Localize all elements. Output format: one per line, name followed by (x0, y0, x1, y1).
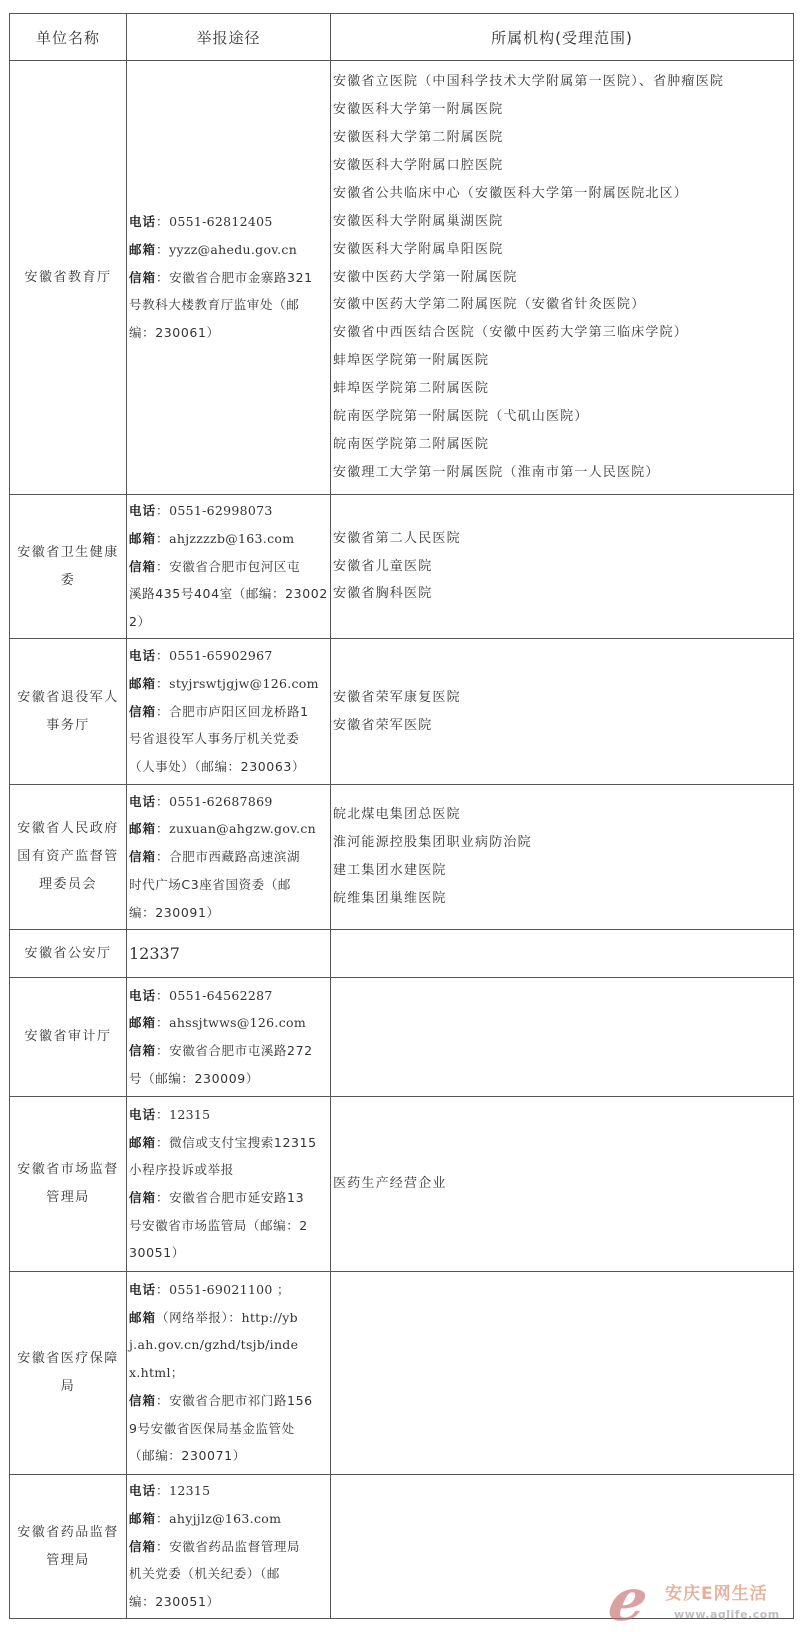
channel-contact-value: ahjzzzzb@163.com (169, 531, 294, 546)
channel-line: 溪路435号404室（邮编：23002 (129, 580, 328, 608)
channel-label: 邮箱 (129, 1511, 156, 1526)
channel-separator: ： (156, 794, 169, 809)
channel-value: 号教科大楼教育厅监审处（邮 (129, 297, 299, 312)
channel-label: 信箱 (129, 1043, 156, 1058)
unit-name-cell: 安徽省审计厅 (10, 978, 127, 1097)
affiliated-institutions-cell: 安徽省荣军康复医院安徽省荣军医院 (331, 639, 794, 785)
channel-line: 电话：0551-69021100 ； (129, 1276, 328, 1304)
report-channel-cell: 电话：0551-65902967邮箱：styjrswtjgjw@126.com信… (127, 639, 331, 785)
channel-contact-value: zuxuan@ahgzw.gov.cn (169, 821, 316, 836)
channel-value: 微信或支付宝搜索12315 (169, 1135, 317, 1150)
channel-value: 0551-64562287 (169, 988, 273, 1003)
channel-value: 0551-69021100 ； (169, 1282, 290, 1297)
channel-value: 时代广场C3座省国资委（邮 (129, 877, 291, 892)
channel-line: 电话：0551-64562287 (129, 982, 328, 1010)
report-channel-cell: 电话：12315邮箱：微信或支付宝搜索12315小程序投诉或举报信箱：安徽省合肥… (127, 1097, 331, 1272)
channel-line: 电话：0551-62687869 (129, 788, 328, 816)
channel-label: 邮箱 (129, 1310, 156, 1325)
channel-label: 邮箱 (129, 676, 156, 691)
watermark-brand: 安庆E网生活 (665, 1579, 768, 1604)
table-header-row: 单位名称 举报途径 所属机构(受理范围) (10, 14, 794, 61)
channel-label: 邮箱 (129, 531, 156, 546)
channel-contact-value: yyzz@ahedu.gov.cn (169, 242, 297, 257)
channel-label: 电话 (129, 794, 156, 809)
channel-line: 信箱：安徽省合肥市屯溪路272 (129, 1037, 328, 1065)
table-row: 安徽省卫生健康委电话：0551-62998073邮箱：ahjzzzzb@163.… (10, 495, 794, 639)
channel-value: 机关党委（机关纪委）（邮 (129, 1566, 280, 1581)
channel-line: 邮箱（网络举报）：http://yb (129, 1304, 328, 1332)
header-affiliated-institutions: 所属机构(受理范围) (331, 14, 794, 61)
channel-separator: ： (156, 1043, 169, 1058)
channel-label: 电话 (129, 214, 156, 229)
channel-label: 信箱 (129, 1539, 156, 1554)
channel-line: 电话：0551-62812405 (129, 208, 328, 236)
institution-item: 安徽中医药大学第二附属医院（安徽省针灸医院） (333, 291, 791, 319)
channel-label: 信箱 (129, 1393, 156, 1408)
channel-separator: ： (156, 214, 169, 229)
channel-label: 邮箱 (129, 242, 156, 257)
channel-value: 2） (129, 614, 151, 629)
channel-line: 邮箱：ahyjjlz@163.com (129, 1505, 328, 1533)
channel-separator: ： (156, 648, 169, 663)
institution-item: 医药生产经营企业 (333, 1170, 791, 1198)
report-channel-cell: 电话：0551-64562287邮箱：ahssjtwws@126.com信箱：安… (127, 978, 331, 1097)
channel-separator: ： (156, 1539, 169, 1554)
affiliated-institutions-cell: 医药生产经营企业 (331, 1097, 794, 1272)
channel-line: 信箱：安徽省合肥市祁门路156 (129, 1387, 328, 1415)
affiliated-institutions-cell (331, 930, 794, 978)
channel-line: 邮箱：styjrswtjgjw@126.com (129, 670, 328, 698)
report-channel-cell: 电话：0551-69021100 ；邮箱（网络举报）：http://ybj.ah… (127, 1272, 331, 1475)
channel-line: 信箱：安徽省合肥市延安路13 (129, 1184, 328, 1212)
channel-value: 小程序投诉或举报 (129, 1162, 234, 1177)
institution-item: 安徽省荣军医院 (333, 712, 791, 740)
channel-line: 号安徽省市场监管局（邮编：2 (129, 1212, 328, 1240)
channel-line: 编：230091） (129, 899, 328, 927)
table-row: 安徽省审计厅电话：0551-64562287邮箱：ahssjtwws@126.c… (10, 978, 794, 1097)
channel-line: 号教科大楼教育厅监审处（邮 (129, 291, 328, 319)
table-row: 安徽省教育厅电话：0551-62812405邮箱：yyzz@ahedu.gov.… (10, 61, 794, 495)
table-row: 安徽省医疗保障局电话：0551-69021100 ；邮箱（网络举报）：http:… (10, 1272, 794, 1475)
header-report-channel: 举报途径 (127, 14, 331, 61)
institution-item: 安徽中医药大学第一附属医院 (333, 264, 791, 292)
institution-item: 蚌埠医学院第二附属医院 (333, 375, 791, 403)
channel-line: x.html； (129, 1359, 328, 1387)
channel-line: 电话：12315 (129, 1101, 328, 1129)
channel-separator: ： (156, 849, 169, 864)
table-row: 安徽省市场监督管理局电话：12315邮箱：微信或支付宝搜索12315小程序投诉或… (10, 1097, 794, 1272)
channel-line: 邮箱：ahjzzzzb@163.com (129, 525, 328, 553)
institution-item: 安徽医科大学第一附属医院 (333, 96, 791, 124)
unit-name-cell: 安徽省人民政府国有资产监督管理委员会 (10, 785, 127, 930)
channel-line: 2） (129, 608, 328, 636)
report-channel-cell: 电话：0551-62687869邮箱：zuxuan@ahgzw.gov.cn信箱… (127, 785, 331, 930)
institution-item: 建工集团水建医院 (333, 857, 791, 885)
channel-label: 信箱 (129, 704, 156, 719)
channel-line: 小程序投诉或举报 (129, 1156, 328, 1184)
institution-item: 安徽理工大学第一附属医院（淮南市第一人民医院） (333, 459, 791, 487)
channel-value: 安徽省合肥市祁门路156 (169, 1393, 313, 1408)
channel-value: 安徽省合肥市屯溪路272 (169, 1043, 313, 1058)
channel-value: 12315 (169, 1107, 210, 1122)
channel-line: （邮编：230071） (129, 1442, 328, 1470)
institution-item: 皖北煤电集团总医院 (333, 801, 791, 829)
channel-separator: ： (156, 1135, 169, 1150)
affiliated-institutions-cell: 安徽省第二人民医院安徽省儿童医院安徽省胸科医院 (331, 495, 794, 639)
channel-separator: ： (156, 242, 169, 257)
institution-item: 蚌埠医学院第一附属医院 (333, 347, 791, 375)
channel-value: 编：230091） (129, 905, 220, 920)
channel-value: 溪路435号404室（邮编：23002 (129, 586, 328, 601)
channel-label: 信箱 (129, 849, 156, 864)
channel-value: 合肥市西藏路高速滨湖 (169, 849, 300, 864)
channel-label: 邮箱 (129, 821, 156, 836)
affiliated-institutions-cell: 皖北煤电集团总医院淮河能源控股集团职业病防治院建工集团水建医院皖维集团巢维医院 (331, 785, 794, 930)
channel-line: 信箱：合肥市庐阳区回龙桥路1 (129, 698, 328, 726)
unit-name-cell: 安徽省药品监督管理局 (10, 1475, 127, 1619)
channel-separator: ： (156, 1190, 169, 1205)
channel-value: 号省退役军人事务厅机关党委 (129, 731, 299, 746)
channel-line: 邮箱：微信或支付宝搜索12315 (129, 1129, 328, 1157)
channel-line: 电话：0551-65902967 (129, 642, 328, 670)
channel-separator: （网络举报）： (156, 1310, 241, 1325)
channel-line: 编：230061） (129, 319, 328, 347)
channel-line: 信箱：安徽省药品监督管理局 (129, 1533, 328, 1561)
affiliated-institutions-cell (331, 1272, 794, 1475)
institution-item: 皖南医学院第一附属医院（弋矶山医院） (333, 403, 791, 431)
channel-label: 电话 (129, 988, 156, 1003)
channel-contact-value: ahyjjlz@163.com (169, 1511, 281, 1526)
channel-line: 电话：12315 (129, 1477, 328, 1505)
channel-contact-value: ahssjtwws@126.com (169, 1015, 306, 1030)
channel-line: 30051） (129, 1239, 328, 1267)
channel-value: 编：230051） (129, 1594, 220, 1609)
channel-line: 邮箱：yyzz@ahedu.gov.cn (129, 236, 328, 264)
channel-contact-value: http://yb (241, 1310, 298, 1325)
report-channel-cell: 电话：0551-62998073邮箱：ahjzzzzb@163.com信箱：安徽… (127, 495, 331, 639)
channel-value: 12315 (169, 1483, 210, 1498)
channel-contact-value: styjrswtjgjw@126.com (169, 676, 319, 691)
channel-line: 时代广场C3座省国资委（邮 (129, 871, 328, 899)
table-row: 安徽省退役军人事务厅电话：0551-65902967邮箱：styjrswtjgj… (10, 639, 794, 785)
institution-item: 安徽省立医院（中国科学技术大学附属第一医院）、省肿瘤医院 (333, 68, 791, 96)
channel-value: 30051） (129, 1245, 185, 1260)
institution-item: 安徽医科大学附属巢湖医院 (333, 208, 791, 236)
report-channel-cell: 12337 (127, 930, 331, 978)
site-watermark: e 安庆E网生活 www.aqlife.com (610, 1575, 800, 1632)
channel-separator: ： (156, 988, 169, 1003)
channel-label: 邮箱 (129, 1015, 156, 1030)
channel-separator: ： (156, 1107, 169, 1122)
table-row: 安徽省人民政府国有资产监督管理委员会电话：0551-62687869邮箱：zux… (10, 785, 794, 930)
channel-label: 电话 (129, 1483, 156, 1498)
channel-label: 信箱 (129, 1190, 156, 1205)
unit-name-cell: 安徽省卫生健康委 (10, 495, 127, 639)
channel-line: j.ah.gov.cn/gzhd/tsjb/inde (129, 1331, 328, 1359)
channel-value: 0551-62998073 (169, 503, 273, 518)
institution-item: 安徽省公共临床中心（安徽医科大学第一附属医院北区） (333, 180, 791, 208)
channel-separator: ： (156, 1483, 169, 1498)
channel-line: 号省退役军人事务厅机关党委 (129, 725, 328, 753)
channel-separator: ： (156, 1393, 169, 1408)
channel-separator: ： (156, 503, 169, 518)
channel-line: 编：230051） (129, 1588, 328, 1616)
institution-item: 皖南医学院第二附属医院 (333, 431, 791, 459)
channel-label: 电话 (129, 1107, 156, 1122)
affiliated-institutions-cell (331, 978, 794, 1097)
institution-item: 淮河能源控股集团职业病防治院 (333, 829, 791, 857)
channel-value: 安徽省药品监督管理局 (169, 1539, 300, 1554)
watermark-logo-icon: e (605, 1575, 653, 1625)
channel-label: 电话 (129, 648, 156, 663)
channel-value: 安徽省合肥市延安路13 (169, 1190, 304, 1205)
channel-value: 合肥市庐阳区回龙桥路1 (169, 704, 309, 719)
channel-value: 号（邮编：230009） (129, 1071, 259, 1086)
institution-item: 安徽医科大学第二附属医院 (333, 124, 791, 152)
unit-name-cell: 安徽省医疗保障局 (10, 1272, 127, 1475)
institution-item: 安徽省荣军康复医院 (333, 684, 791, 712)
table-row: 安徽省公安厅12337 (10, 930, 794, 978)
unit-name-cell: 安徽省市场监督管理局 (10, 1097, 127, 1272)
channel-label: 信箱 (129, 270, 156, 285)
affiliated-institutions-cell: 安徽省立医院（中国科学技术大学附属第一医院）、省肿瘤医院安徽医科大学第一附属医院… (331, 61, 794, 495)
channel-label: 电话 (129, 503, 156, 518)
channel-separator: ： (156, 559, 169, 574)
channel-value: 号安徽省市场监管局（邮编：2 (129, 1218, 308, 1233)
unit-name-cell: 安徽省公安厅 (10, 930, 127, 978)
complaint-channels-table: 单位名称 举报途径 所属机构(受理范围) 安徽省教育厅电话：0551-62812… (9, 13, 794, 1619)
channel-value: 0551-65902967 (169, 648, 273, 663)
channel-value: 编：230061） (129, 325, 220, 340)
watermark-url: www.aqlife.com (674, 1608, 780, 1621)
channel-value: 安徽省合肥市金寨路321 (169, 270, 313, 285)
channel-line: （人事处）（邮编：230063） (129, 753, 328, 781)
institution-item: 皖维集团巢维医院 (333, 885, 791, 913)
institution-item: 安徽医科大学附属阜阳医院 (333, 236, 791, 264)
institution-item: 安徽医科大学附属口腔医院 (333, 152, 791, 180)
channel-label: 邮箱 (129, 1135, 156, 1150)
channel-separator: ： (156, 1282, 169, 1297)
channel-separator: ： (156, 821, 169, 836)
channel-line: 机关党委（机关纪委）（邮 (129, 1560, 328, 1588)
channel-value: （邮编：230071） (129, 1448, 246, 1463)
unit-name-cell: 安徽省教育厅 (10, 61, 127, 495)
institution-item: 安徽省儿童医院 (333, 553, 791, 581)
channel-line: 号（邮编：230009） (129, 1065, 328, 1093)
channel-separator: ： (156, 1015, 169, 1030)
channel-line: 信箱：安徽省合肥市包河区屯 (129, 553, 328, 581)
institution-item: 安徽省中西医结合医院（安徽中医药大学第三临床学院） (333, 319, 791, 347)
channel-separator: ： (156, 270, 169, 285)
channel-label: 电话 (129, 1282, 156, 1297)
channel-line: 信箱：安徽省合肥市金寨路321 (129, 264, 328, 292)
channel-line: 电话：0551-62998073 (129, 497, 328, 525)
institution-item: 安徽省胸科医院 (333, 580, 791, 608)
channel-line: 邮箱：ahssjtwws@126.com (129, 1009, 328, 1037)
channel-value: 0551-62812405 (169, 214, 273, 229)
channel-contact-value: j.ah.gov.cn/gzhd/tsjb/inde (129, 1337, 298, 1352)
channel-line: 信箱：合肥市西藏路高速滨湖 (129, 843, 328, 871)
report-channel-cell: 电话：12315邮箱：ahyjjlz@163.com信箱：安徽省药品监督管理局机… (127, 1475, 331, 1619)
unit-name-cell: 安徽省退役军人事务厅 (10, 639, 127, 785)
channel-separator: ： (156, 676, 169, 691)
channel-separator: ： (156, 531, 169, 546)
header-unit-name: 单位名称 (10, 14, 127, 61)
channel-line: 9号安徽省医保局基金监管处 (129, 1415, 328, 1443)
report-channel-cell: 电话：0551-62812405邮箱：yyzz@ahedu.gov.cn信箱：安… (127, 61, 331, 495)
channel-separator: ： (156, 1511, 169, 1526)
channel-value: 9号安徽省医保局基金监管处 (129, 1421, 295, 1436)
channel-value: 安徽省合肥市包河区屯 (169, 559, 300, 574)
channel-contact-value: x.html； (129, 1365, 184, 1380)
channel-value: 0551-62687869 (169, 794, 273, 809)
channel-separator: ： (156, 704, 169, 719)
institution-item: 安徽省第二人民医院 (333, 525, 791, 553)
channel-value: （人事处）（邮编：230063） (129, 759, 305, 774)
channel-line: 邮箱：zuxuan@ahgzw.gov.cn (129, 815, 328, 843)
channel-label: 信箱 (129, 559, 156, 574)
